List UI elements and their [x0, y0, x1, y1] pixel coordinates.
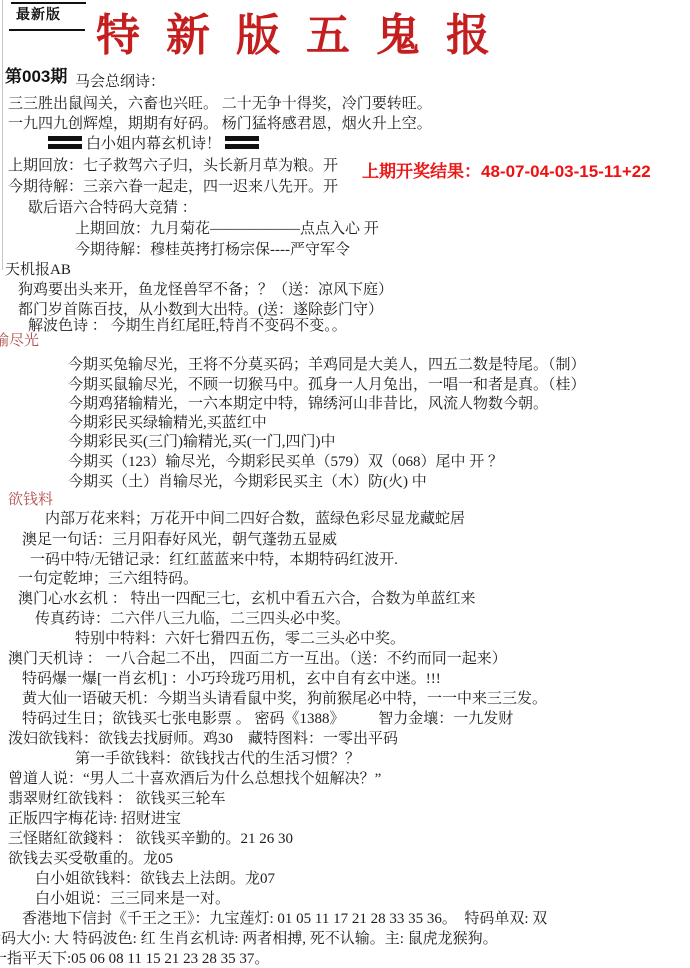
- doc-line: 上期回放：九月菊花——————点点入心 开: [75, 220, 379, 238]
- doc-line: 澳门心水玄机 ： 特出一四配三七，玄机中看五六合，合数为单蓝红来: [18, 590, 476, 608]
- doc-line: 传真药诗：二六伴八三九临，二三四头必中奖。: [35, 610, 350, 628]
- doc-line: 今期买（土）肖输尽光，今期彩民买主（木）防(火) 中: [68, 473, 427, 491]
- doc-line: 黄大仙一语破天机：今期当头请看鼠中奖，狗前猴尾必中特，一一中来三三发。: [22, 690, 547, 708]
- doc-line: 歇后语六合特码大竞猜 ：: [28, 199, 197, 217]
- doc-line: 今期彩民买绿输精光,买蓝红中: [68, 414, 267, 432]
- doc-line: 第一手欲钱料：欲钱找古代的生活习惯？？: [75, 750, 360, 768]
- doc-line: 澳足一句话：三月阳春好风光，朝气蓬勃五显威: [22, 531, 337, 549]
- doc-line: 三怪賭紅欲錢料 ： 欲钱买辛勤的。21 26 30: [8, 830, 293, 848]
- prev-result-label: 上期开奖结果：: [362, 162, 481, 181]
- doc-line: 正版四字梅花诗: 招财进宝: [8, 810, 181, 828]
- doc-line: 一句定乾坤；三六组特码。: [18, 570, 198, 588]
- doc-line: 天机报AB: [5, 261, 71, 279]
- left-edge-line: [2, 0, 3, 270]
- doc-line: 解波色诗 ： 今期生肖红尾旺,特肖不变码不变。。: [28, 317, 347, 335]
- doc-line: 狗鸡要出头来开，鱼龙怪兽罕不备；？（送：凉风下庭）: [18, 281, 393, 299]
- issue-number: 第003期: [5, 62, 67, 87]
- doc-line: 今期买兔输尽光，王将不分莫买码；羊鸡同是大美人，四五二数是特尾。（制）: [68, 356, 586, 374]
- double-bar-icon: [225, 136, 259, 149]
- double-bar-icon: [48, 136, 82, 149]
- doc-line: 今期买（123）输尽光，今期彩民买单（579）双（068）尾中 开 ？: [68, 453, 503, 471]
- doc-line: 特码过生日；欲钱买七张电影票 。 密码《1388》 智力金壤：一九发财: [22, 710, 513, 728]
- doc-line: 特码大小: 大 特码波色: 红 生肖玄机诗: 两者相搏, 死不认输。主: 鼠虎龙…: [0, 930, 498, 948]
- doc-line: 内部万花来料；万花开中间二四好合数，蓝绿色彩尽显龙藏蛇居: [45, 510, 465, 528]
- doc-line: 一指平天下:05 06 08 11 15 21 23 28 35 37。: [0, 950, 269, 968]
- doc-line: 翡翠财红欲钱料 ： 欲钱买三轮车: [8, 790, 226, 808]
- doc-line: 今期买鼠输尽光，不顾一切猴马中。孤身一人月兔出，一唱一和者是真。（桂）: [68, 376, 586, 394]
- prev-result: 上期开奖结果：48-07-04-03-15-11+22: [362, 157, 651, 182]
- doc-line: 白小姐欲钱料：欲钱去上法朗。龙07: [35, 870, 275, 888]
- doc-line: 三三胜出鼠闯关，六畜也兴旺。 二十无争十得奖，冷门要转旺。: [8, 95, 432, 113]
- doc-line: 今期彩民买(三门)输精光,买(一门,四门)中: [68, 433, 335, 451]
- doc-line: 一码中特/无错记录：红红蓝蓝来中特，本期特码红波开.: [30, 551, 398, 569]
- doc-line: 今期鸡猪输精光，一六本期定中特，锦绣河山非昔比，风流人物数今朝。: [68, 395, 548, 413]
- doc-line: 香港地下信封《千王之王》：九宝莲灯: 01 05 11 17 21 28 33 …: [22, 910, 547, 928]
- doc-line: 今期待解：三亲六眷一起走，四一迟来八先开。开: [8, 178, 338, 196]
- doc-line: 上期回放：七子救驾六子归，头长新月草为粮。开: [8, 157, 338, 175]
- inner-poem-text: 白小姐内幕玄机诗！: [86, 136, 221, 152]
- doc-line: 泼妇欲钱料：欲钱去找厨师。鸡30 藏特图料：一零出平码: [8, 730, 398, 748]
- poem-intro-label: 马会总纲诗：: [75, 70, 165, 91]
- inner-poem-line: 白小姐内幕玄机诗！: [48, 135, 259, 153]
- doc-line: 白小姐说：三三同来是一对。: [35, 890, 230, 908]
- doc-line: 欲钱去买受敬重的。龙05: [8, 850, 173, 868]
- section-label-yuqianliao: 欲钱料: [8, 491, 53, 509]
- masthead-rule-bottom: [9, 29, 85, 31]
- prev-result-numbers: 48-07-04-03-15-11+22: [481, 162, 651, 181]
- doc-line: 今期待解：穆桂英拷打杨宗保----严守军令: [75, 241, 350, 259]
- section-label-shujinguang: 输尽光: [0, 332, 39, 350]
- doc-line: 曾道人说：“男人二十喜欢酒后为什么总想找个妞解决？”: [8, 770, 381, 788]
- doc-line: 一九四九创辉煌，期期有好码。 杨门猛将感君恩，烟火升上空。: [8, 115, 432, 133]
- edition-label: 最新版: [16, 4, 61, 24]
- doc-line: 特别中特料：六奸七猾四五伤，零二三头必中奖。: [75, 630, 405, 648]
- doc-line: 特码爆一爆[一肖玄机] ：小巧玲珑巧用机，玄中自有玄中迷。!!!: [22, 670, 441, 688]
- tip-sheet-page: 最新版 特新版五鬼报 第003期 马会总纲诗： 上期开奖结果：48-07-04-…: [0, 0, 690, 968]
- page-title: 特新版五鬼报: [96, 14, 516, 58]
- doc-line: 澳门天机诗 ： 一八合起二不出， 四面二方一互出。（送：不约而同一起来）: [8, 650, 507, 668]
